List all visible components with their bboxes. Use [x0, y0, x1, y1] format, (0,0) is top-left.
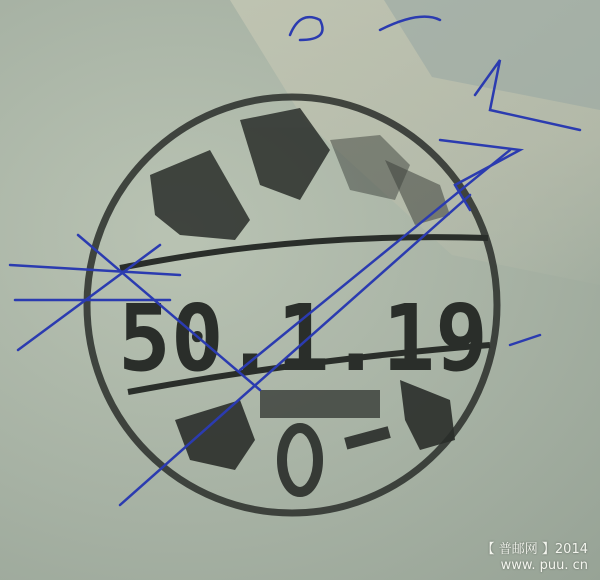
postmark-upper-bar: [120, 237, 488, 268]
watermark-line2: www. puu. cn: [482, 558, 588, 574]
watermark: 【 普邮网 】2014 www. puu. cn: [482, 542, 588, 574]
watermark-line1: 【 普邮网 】2014: [482, 542, 588, 558]
postmark: 50.1.19: [0, 0, 600, 580]
postmark-date: 50.1.19: [118, 285, 488, 392]
